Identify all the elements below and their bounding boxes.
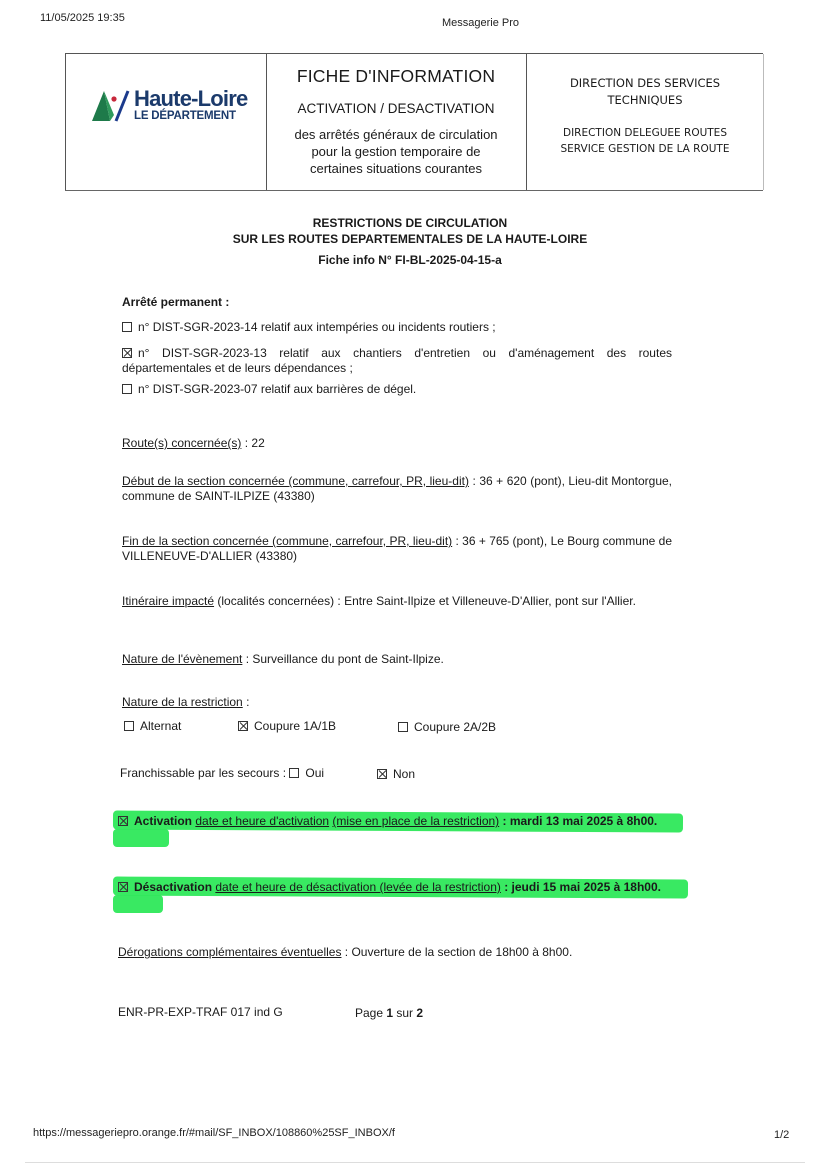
arrete-checkbox[interactable]: [122, 384, 132, 394]
route-field: Route(s) concernée(s) : 22: [122, 436, 265, 451]
document-page-number: Page 1 sur 2: [355, 1006, 423, 1021]
fin-field: Fin de la section concernée (commune, ca…: [122, 534, 672, 564]
desactivation-highlight: [113, 895, 163, 913]
fiche-title: FICHE D'INFORMATION: [266, 66, 526, 87]
arrete-checkbox[interactable]: [122, 322, 132, 332]
activation-checkbox-checked[interactable]: [118, 816, 128, 826]
restriction-field: Nature de la restriction :: [122, 695, 249, 710]
evenement-value: : Surveillance du pont de Saint-Ilpize.: [242, 652, 443, 666]
arrete-item: n° DIST-SGR-2023-07 relatif aux barrière…: [122, 382, 672, 397]
service-line: SERVICE GESTION DE LA ROUTE: [527, 141, 763, 157]
title-cell: FICHE D'INFORMATION ACTIVATION / DESACTI…: [266, 54, 527, 190]
fiche-subtitle: ACTIVATION / DESACTIVATION: [266, 101, 526, 116]
restriction-option-label: Coupure 1A/1B: [254, 719, 336, 733]
activation-highlight: [113, 829, 169, 847]
description-line: pour la gestion temporaire de: [266, 143, 526, 160]
secours-non-checkbox-checked[interactable]: [377, 769, 387, 779]
service-title: DIRECTION DELEGUEE ROUTES SERVICE GESTIO…: [527, 125, 763, 157]
itineraire-value: (localités concernées) : Entre Saint-Ilp…: [214, 594, 636, 608]
haute-loire-logo: Haute-Loire LE DÉPARTEMENT: [90, 87, 247, 123]
fiche-description: des arrêtés généraux de circulation pour…: [266, 126, 526, 177]
activation-field: Activation date et heure d'activation (m…: [118, 814, 673, 829]
evenement-label: Nature de l'évènement: [122, 652, 242, 666]
service-line: DIRECTION DELEGUEE ROUTES: [527, 125, 763, 141]
direction-line: DIRECTION DES SERVICES: [527, 75, 763, 92]
secours-oui-label: Oui: [305, 766, 324, 780]
activation-label: Activation: [134, 814, 192, 828]
route-label: Route(s) concernée(s): [122, 436, 241, 450]
desactivation-field: Désactivation date et heure de désactiva…: [118, 880, 678, 895]
print-title: Messagerie Pro: [442, 17, 519, 29]
secours-oui-checkbox[interactable]: [289, 768, 299, 778]
derogations-value: : Ouverture de la section de 18h00 à 8h0…: [341, 945, 572, 959]
document-reference: ENR-PR-EXP-TRAF 017 ind G: [118, 1005, 283, 1020]
evenement-field: Nature de l'évènement : Surveillance du …: [122, 652, 444, 667]
secours-non-label: Non: [393, 767, 415, 781]
restriction-option-label: Alternat: [140, 719, 181, 733]
print-datetime: 11/05/2025 19:35: [40, 12, 125, 24]
desactivation-value: : jeudi 15 mai 2025 à 18h00.: [501, 880, 661, 894]
header-frame: Haute-Loire LE DÉPARTEMENT FICHE D'INFOR…: [65, 53, 763, 191]
itineraire-label: Itinéraire impacté: [122, 594, 214, 608]
desactivation-label: Désactivation: [134, 880, 212, 894]
arrete-checkbox-checked[interactable]: [122, 348, 132, 358]
desactivation-desc: date et heure de désactivation (levée de…: [215, 880, 501, 894]
activation-desc: date et heure d'activation: [195, 814, 329, 828]
arrete-item: n° DIST-SGR-2023-13 relatif aux chantier…: [122, 346, 672, 376]
direction-cell: DIRECTION DES SERVICES TECHNIQUES DIRECT…: [527, 54, 764, 190]
logo-cell: Haute-Loire LE DÉPARTEMENT: [65, 54, 267, 190]
restriction-label: Nature de la restriction: [122, 695, 243, 709]
page-total: 2: [416, 1006, 423, 1020]
direction-title: DIRECTION DES SERVICES TECHNIQUES: [527, 75, 763, 109]
arrete-text: n° DIST-SGR-2023-13 relatif aux chantier…: [122, 346, 672, 375]
secours-non-option: Non: [377, 767, 415, 782]
haute-loire-logo-icon: [90, 87, 130, 123]
derogations-field: Dérogations complémentaires éventuelles …: [118, 945, 572, 960]
print-url: https://messageriepro.orange.fr/#mail/SF…: [33, 1127, 395, 1139]
arrete-item: n° DIST-SGR-2023-14 relatif aux intempér…: [122, 320, 672, 335]
debut-field: Début de la section concernée (commune, …: [122, 474, 672, 504]
logo-name: Haute-Loire: [134, 88, 247, 110]
restriction-option: Alternat: [124, 719, 181, 734]
coupure-2a2b-checkbox[interactable]: [398, 722, 408, 732]
activation-value: : mardi 13 mai 2025 à 8h00.: [499, 814, 657, 828]
arrete-text: n° DIST-SGR-2023-07 relatif aux barrière…: [138, 382, 416, 396]
restriction-option-label: Coupure 2A/2B: [414, 720, 496, 734]
secours-label: Franchissable par les secours :: [120, 766, 289, 780]
fin-label: Fin de la section concernée (commune, ca…: [122, 534, 452, 548]
restriction-option: Coupure 2A/2B: [398, 720, 496, 735]
secours-field: Franchissable par les secours : Oui: [120, 766, 324, 781]
bottom-divider: [25, 1162, 805, 1163]
derogations-label: Dérogations complémentaires éventuelles: [118, 945, 341, 959]
direction-line: TECHNIQUES: [527, 92, 763, 109]
activation-desc: (mise en place de la restriction): [332, 814, 499, 828]
itineraire-field: Itinéraire impacté (localités concernées…: [122, 594, 672, 609]
page-mid: sur: [393, 1006, 416, 1020]
arrete-label: Arrêté permanent :: [122, 295, 229, 310]
restriction-colon: :: [243, 695, 250, 709]
logo-subtitle: LE DÉPARTEMENT: [134, 110, 247, 122]
description-line: des arrêtés généraux de circulation: [266, 126, 526, 143]
heading-line-2: SUR LES ROUTES DEPARTEMENTALES DE LA HAU…: [120, 231, 700, 247]
arrete-text: n° DIST-SGR-2023-14 relatif aux intempér…: [138, 320, 496, 334]
heading-line-1: RESTRICTIONS DE CIRCULATION: [120, 215, 700, 231]
coupure-1a1b-checkbox-checked[interactable]: [238, 721, 248, 731]
document-heading: RESTRICTIONS DE CIRCULATION SUR LES ROUT…: [120, 215, 700, 268]
print-page: 1/2: [774, 1129, 789, 1141]
description-line: certaines situations courantes: [266, 160, 526, 177]
debut-label: Début de la section concernée (commune, …: [122, 474, 469, 488]
page-prefix: Page: [355, 1006, 386, 1020]
desactivation-checkbox-checked[interactable]: [118, 882, 128, 892]
alternat-checkbox[interactable]: [124, 721, 134, 731]
fiche-number: Fiche info N° FI-BL-2025-04-15-a: [120, 252, 700, 268]
route-value: : 22: [241, 436, 264, 450]
restriction-option: Coupure 1A/1B: [238, 719, 336, 734]
